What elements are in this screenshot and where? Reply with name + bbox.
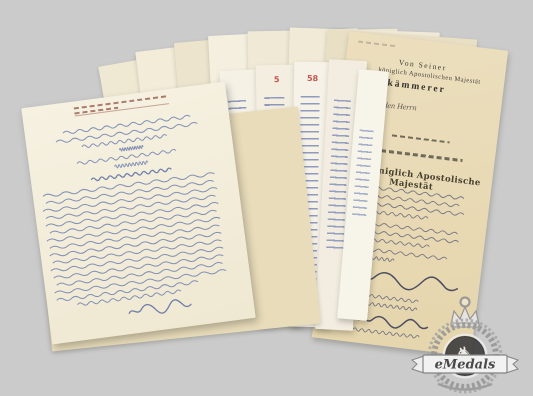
red-page-number: 5 [274,75,280,84]
emedals-watermark: ♞ eMedals [410,294,520,396]
suspension-ring-icon [461,298,470,307]
closing-flourish [128,298,192,318]
photo-of-document-lot: Von Seiner königlich Apostolischen Majes… [0,0,533,396]
heading-flourish [91,168,171,182]
handwritten-letter [21,82,255,345]
handwriting-body [21,82,255,345]
red-page-number: 58 [307,74,318,83]
entry-column [352,129,374,220]
banner-ribbon: eMedals [412,355,518,373]
emedals-brand-text: eMedals [435,358,496,373]
